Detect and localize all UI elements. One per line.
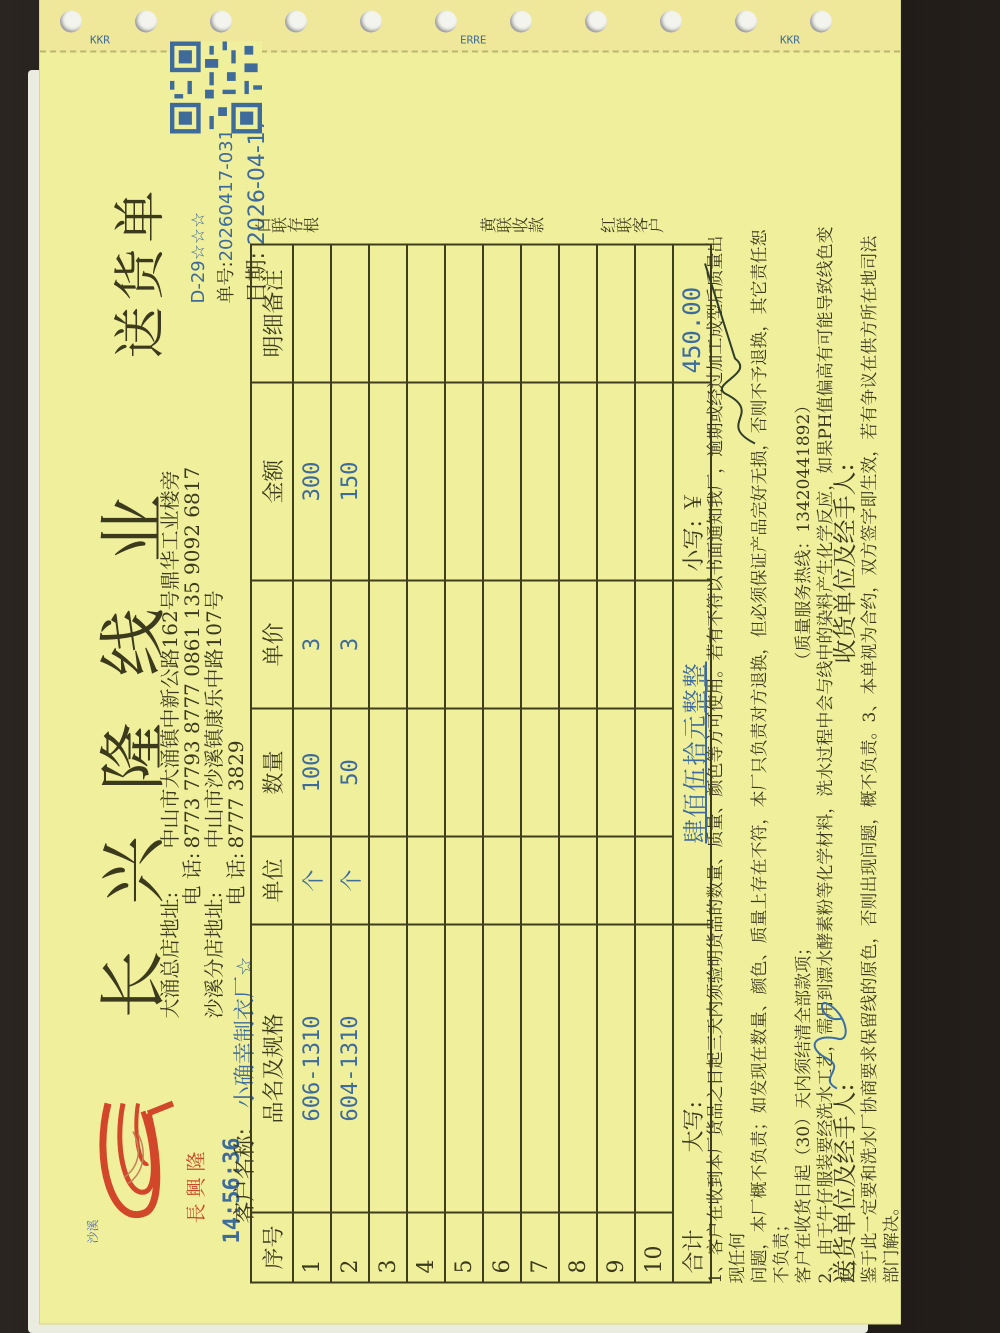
brand-logo-icon [88, 1093, 188, 1243]
copy-yellow: 黄联收款 [480, 217, 544, 235]
sprocket-hole [435, 10, 457, 32]
terms-line: 客户在收货日起（30）天内须结清全部款项； （质量服务热线：1342044189… [793, 223, 815, 1283]
delivery-note: KKR ERRE KKR 沙溪 長興隆 14:56:36 长兴隆线业 送货单 大… [40, 0, 900, 1323]
sprocket-hole [210, 10, 232, 32]
copy-white: 白联存根 [255, 217, 319, 235]
receiver-label: 收货单位及经手人: [825, 463, 860, 663]
table-row: 8 [559, 244, 597, 1282]
col-header-no: 序号 [251, 1212, 293, 1282]
address-line: 沙溪分店地址:中山市沙溪镇康乐中路107号 [202, 590, 226, 1018]
table-row: 5 [445, 244, 483, 1282]
address-line: 大涌总店地址:中山市大涌镇中新公路162号鼎华工业楼旁 [158, 470, 182, 1018]
items-table: 序号 品名及规格 单位 数量 单价 金额 明细备注 1606-1310个1003… [250, 243, 712, 1283]
sprocket-hole [735, 10, 757, 32]
strip-code: ERRE [460, 33, 487, 46]
col-header-name: 品名及规格 [251, 924, 293, 1212]
phone-line: 电 话:8773 7793 8777 0861 135 9092 6817 [180, 466, 204, 1018]
col-header-unit: 单位 [251, 836, 293, 924]
logo-brand-text: 長興隆 [180, 1145, 209, 1223]
table-header-row: 序号 品名及规格 单位 数量 单价 金额 明细备注 [251, 244, 293, 1282]
signature-row: 送货单位及经手人: 收货单位及经手人: [825, 263, 860, 1283]
strip-code: KKR [90, 33, 110, 46]
sprocket-hole [810, 10, 832, 32]
sprocket-hole [660, 10, 682, 32]
sprocket-hole [585, 10, 607, 32]
sprocket-hole [360, 10, 382, 32]
sprocket-strip: KKR ERRE KKR [40, 0, 900, 52]
document-body: 沙溪 長興隆 14:56:36 长兴隆线业 送货单 大涌总店地址:中山市大涌镇中… [40, 50, 900, 1323]
document-title: 送货单 [98, 184, 173, 358]
sprocket-hole [135, 10, 157, 32]
sprocket-hole [285, 10, 307, 32]
table-row: 6 [483, 244, 521, 1282]
serial-code: D-29☆☆☆ [188, 211, 209, 303]
sprocket-hole [510, 10, 532, 32]
table-row: 9 [597, 244, 635, 1282]
qr-code-icon [170, 41, 262, 133]
table-row: 2604-1310个503150 [331, 244, 369, 1282]
table-row: 10 [635, 244, 673, 1282]
sender-label: 送货单位及经手人: [831, 1083, 859, 1283]
copy-red: 红联客户 [600, 217, 664, 235]
table-row: 4 [407, 244, 445, 1282]
col-header-note: 明细备注 [251, 244, 293, 382]
strip-code: KKR [780, 33, 800, 46]
stamp-signature-icon [695, 253, 785, 453]
col-header-amount: 金额 [251, 382, 293, 580]
col-header-price: 单价 [251, 580, 293, 708]
table-row: 1606-1310个1003300 [293, 244, 331, 1282]
col-header-qty: 数量 [251, 708, 293, 836]
sprocket-hole [60, 10, 82, 32]
terms-line: 鉴于此一定要和洗水厂协商要求保留线的原色，否则出现问题，概不负责。3、本单视为合… [859, 223, 903, 1283]
logo-tag: 沙溪 [84, 1219, 101, 1243]
sender-signature-icon [807, 983, 857, 1093]
header: 沙溪 長興隆 14:56:36 长兴隆线业 送货单 大涌总店地址:中山市大涌镇中… [70, 90, 270, 1263]
order-number: 单号:20260417-03140 [212, 106, 238, 303]
table-row: 7 [521, 244, 559, 1282]
table-row: 3 [369, 244, 407, 1282]
